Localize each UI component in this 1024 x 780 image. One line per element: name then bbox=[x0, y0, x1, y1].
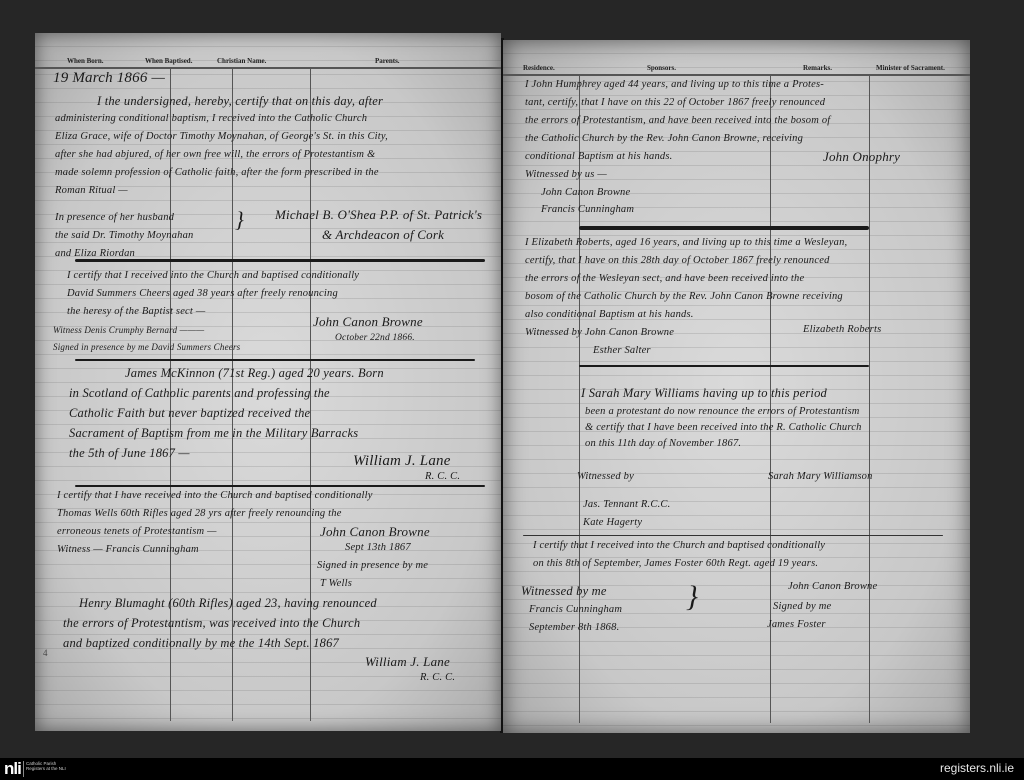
signed-line: James Foster bbox=[767, 618, 826, 632]
entry-separator bbox=[75, 485, 485, 487]
brace: } bbox=[686, 582, 698, 612]
column-divider bbox=[869, 74, 870, 723]
entry-separator bbox=[75, 359, 475, 361]
entry-text-line: the errors of Protestantism, was receive… bbox=[63, 615, 360, 632]
witness-line: Francis Cunningham bbox=[529, 603, 622, 617]
entry-text-line: also conditional Baptism at his hands. bbox=[525, 308, 694, 322]
entry-text-line: David Summers Cheers aged 38 years after… bbox=[67, 287, 338, 301]
entry-text-line: on this 11th day of November 1867. bbox=[585, 437, 741, 451]
entry-text-line: made solemn profession of Catholic faith… bbox=[55, 166, 379, 180]
logo-subtext: Catholic Parish Registers at the NLI bbox=[26, 761, 66, 771]
entry-text-line: I Sarah Mary Williams having up to this … bbox=[581, 385, 827, 402]
signature: Sarah Mary Williamson bbox=[768, 470, 873, 484]
column-header-minister: Minister of Sacrament. bbox=[876, 64, 945, 72]
column-header-when-born: When Born. bbox=[67, 57, 104, 65]
entry-text-line: I certify that I have received into the … bbox=[57, 489, 373, 503]
signature: & Archdeacon of Cork bbox=[322, 226, 444, 243]
entry-text-line: Henry Blumaght (60th Rifles) aged 23, ha… bbox=[79, 595, 377, 612]
entry-text-line: Sacrament of Baptism from me in the Mili… bbox=[69, 425, 358, 442]
signed-line: Signed in presence by me bbox=[317, 559, 428, 573]
witness-line: Francis Cunningham bbox=[541, 203, 634, 217]
column-header-remarks: Remarks. bbox=[803, 64, 832, 72]
entry-text-line: I John Humphrey aged 44 years, and livin… bbox=[525, 78, 824, 92]
entry-text-line: James McKinnon (71st Reg.) aged 20 years… bbox=[125, 365, 384, 382]
footer-bar: nli Catholic Parish Registers at the NLI… bbox=[0, 758, 1024, 780]
entry-text-line: the errors of the Wesleyan sect, and hav… bbox=[525, 272, 804, 286]
logo-divider bbox=[23, 761, 24, 777]
entry-text-line: Roman Ritual — bbox=[55, 184, 128, 198]
signed-line: Signed by me bbox=[773, 600, 831, 614]
witness-header: Witnessed by us — bbox=[525, 168, 607, 182]
signature: John Canon Browne bbox=[320, 523, 430, 540]
signature: William J. Lane bbox=[353, 453, 451, 470]
entry-text-line: been a protestant do now renounce the er… bbox=[585, 405, 860, 419]
header-rule bbox=[503, 74, 970, 76]
witness-line: Kate Hagerty bbox=[583, 516, 642, 530]
entry-separator bbox=[523, 535, 943, 536]
column-header-christian-name: Christian Name. bbox=[217, 57, 266, 65]
entry-text-line: I Elizabeth Roberts, aged 16 years, and … bbox=[525, 236, 847, 250]
entry-separator bbox=[75, 259, 485, 262]
image-viewer[interactable]: When Born. When Baptised. Christian Name… bbox=[0, 0, 1024, 758]
brace: } bbox=[235, 209, 244, 231]
signature: John Canon Browne bbox=[788, 580, 877, 594]
entry-text-line: conditional Baptism at his hands. bbox=[525, 150, 672, 164]
witness-header: Witnessed by bbox=[577, 470, 634, 484]
right-register-page: Residence. Sponsors. Remarks. Minister o… bbox=[503, 40, 970, 733]
entry-separator bbox=[579, 365, 869, 367]
signature-title: R. C. C. bbox=[425, 470, 460, 484]
entry-text-line: I certify that I received into the Churc… bbox=[533, 539, 825, 553]
witness-line: Witnessed by John Canon Browne bbox=[525, 326, 674, 340]
entry-text-line: Catholic Faith but never baptized receiv… bbox=[69, 405, 310, 422]
entry-text-line: the heresy of the Baptist sect — bbox=[67, 305, 205, 319]
witness-line: Witnessed by me bbox=[521, 583, 607, 600]
witness-line: Witness — Francis Cunningham bbox=[57, 543, 199, 557]
witness-line: Jas. Tennant R.C.C. bbox=[583, 498, 670, 512]
site-url-link[interactable]: registers.nli.ie bbox=[940, 761, 1014, 775]
entry-text-line: after she had abjured, of her own free w… bbox=[55, 148, 375, 162]
entry-text-line: the errors of Protestantism, and have be… bbox=[525, 114, 830, 128]
entry-text-line: the Catholic Church by the Rev. John Can… bbox=[525, 132, 803, 146]
signed-line: Signed in presence by me David Summers C… bbox=[53, 340, 240, 354]
entry-date: Sept 13th 1867 bbox=[345, 541, 411, 555]
signed-line: T Wells bbox=[320, 577, 352, 591]
entry-text-line: tant, certify, that I have on this 22 of… bbox=[525, 96, 825, 110]
column-header-when-baptised: When Baptised. bbox=[145, 57, 192, 65]
left-register-page: When Born. When Baptised. Christian Name… bbox=[35, 33, 501, 731]
entry-text-line: in Scotland of Catholic parents and prof… bbox=[69, 385, 330, 402]
entry-text-line: administering conditional baptism, I rec… bbox=[55, 112, 367, 126]
column-header-parents: Parents. bbox=[375, 57, 400, 65]
entry-separator bbox=[579, 226, 869, 230]
entry-text-line: I the undersigned, hereby, certify that … bbox=[97, 93, 383, 110]
signature-title: R. C. C. bbox=[420, 671, 455, 685]
signature: William J. Lane bbox=[365, 653, 450, 670]
witness-line: the said Dr. Timothy Moynahan bbox=[55, 229, 194, 243]
entry-date: October 22nd 1866. bbox=[335, 331, 415, 345]
signature: John Onophry bbox=[823, 148, 900, 165]
witness-line: September 8th 1868. bbox=[529, 621, 619, 635]
entry-text-line: the 5th of June 1867 — bbox=[69, 445, 190, 462]
entry-text-line: certify, that I have on this 28th day of… bbox=[525, 254, 830, 268]
witness-line: John Canon Browne bbox=[541, 186, 630, 200]
signature: Michael B. O'Shea P.P. of St. Patrick's bbox=[275, 206, 482, 223]
entry-text-line: erroneous tenets of Protestantism — bbox=[57, 525, 217, 539]
witness-line: In presence of her husband bbox=[55, 211, 174, 225]
margin-mark: 4 bbox=[43, 648, 48, 658]
entry-text-line: I certify that I received into the Churc… bbox=[67, 269, 359, 283]
witness-line: Witness Denis Crumphy Bernard ——— bbox=[53, 323, 204, 337]
signature: Elizabeth Roberts bbox=[803, 323, 881, 337]
entry-text-line: and baptized conditionally by me the 14t… bbox=[63, 635, 339, 652]
witness-line: Esther Salter bbox=[593, 344, 651, 358]
entry-text-line: Eliza Grace, wife of Doctor Timothy Moyn… bbox=[55, 130, 388, 144]
entry-date: 19 March 1866 — bbox=[53, 70, 165, 87]
signature: John Canon Browne bbox=[313, 313, 423, 330]
entry-text-line: Thomas Wells 60th Rifles aged 28 yrs aft… bbox=[57, 507, 342, 521]
column-header-sponsors: Sponsors. bbox=[647, 64, 676, 72]
header-rule bbox=[35, 67, 501, 69]
entry-text-line: bosom of the Catholic Church by the Rev.… bbox=[525, 290, 843, 304]
nli-logo[interactable]: nli bbox=[4, 760, 21, 778]
column-header-residence: Residence. bbox=[523, 64, 555, 72]
entry-text-line: & certify that I have been received into… bbox=[585, 421, 862, 435]
entry-text-line: on this 8th of September, James Foster 6… bbox=[533, 557, 818, 571]
